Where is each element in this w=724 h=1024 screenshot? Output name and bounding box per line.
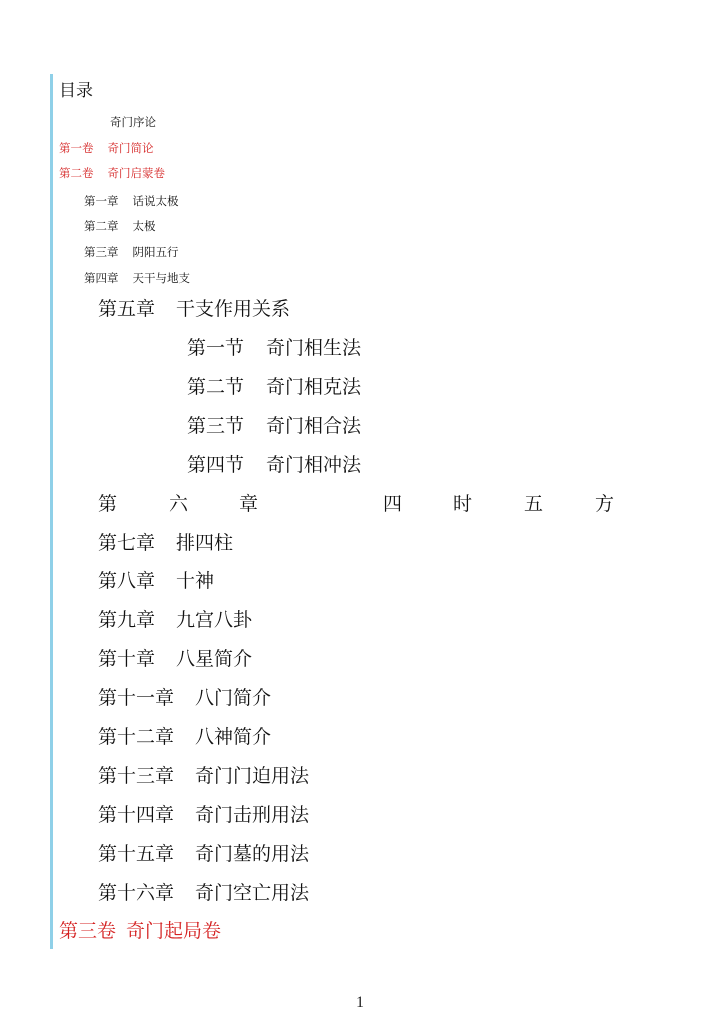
entry-label: 奇门相合法 <box>266 415 361 437</box>
entry-char: 章 <box>239 495 258 514</box>
entry-label: 话说太极 <box>133 194 179 208</box>
entry-label: 十神 <box>176 570 214 592</box>
entry-number: 第十一章 <box>98 687 174 709</box>
entry-number: 第二节 <box>187 376 244 398</box>
toc-entry-chapter-7[interactable]: 第七章排四柱 <box>98 534 233 553</box>
entry-number: 第十四章 <box>98 804 174 826</box>
entry-label: 奇门相冲法 <box>266 454 361 476</box>
toc-entry-chapter-3[interactable]: 第三章阴阳五行 <box>84 247 179 259</box>
entry-number: 第九章 <box>98 609 155 631</box>
entry-char: 四 <box>383 495 402 514</box>
entry-label: 排四柱 <box>176 532 233 554</box>
toc-entry-section-2[interactable]: 第二节奇门相克法 <box>187 378 361 397</box>
entry-number: 第三章 <box>84 245 119 259</box>
toc-entry-volume-3[interactable]: 第三卷奇门起局卷 <box>59 922 221 941</box>
entry-number: 第五章 <box>98 298 155 320</box>
page-number: 1 <box>356 994 364 1012</box>
entry-number: 第一节 <box>187 337 244 359</box>
entry-number: 第二卷 <box>59 166 94 180</box>
toc-entry-chapter-8[interactable]: 第八章十神 <box>98 572 214 591</box>
document-page: 目录 奇门序论 第一卷奇门简论 第二卷奇门启蒙卷 第一章话说太极 第二章太极 第… <box>0 0 724 1024</box>
entry-label: 奇门墓的用法 <box>195 843 309 865</box>
entry-label: 奇门起局卷 <box>126 920 221 942</box>
entry-char: 方 <box>595 495 614 514</box>
toc-entry-volume-1[interactable]: 第一卷奇门简论 <box>59 143 154 155</box>
entry-number: 第十章 <box>98 648 155 670</box>
toc-entry-preface[interactable]: 奇门序论 <box>110 117 156 129</box>
entry-number: 第一章 <box>84 194 119 208</box>
toc-entry-section-3[interactable]: 第三节奇门相合法 <box>187 417 361 436</box>
entry-label: 九宫八卦 <box>176 609 252 631</box>
toc-entry-chapter-11[interactable]: 第十一章八门简介 <box>98 689 271 708</box>
toc-entry-chapter-5[interactable]: 第五章干支作用关系 <box>98 300 290 319</box>
entry-label: 奇门相生法 <box>266 337 361 359</box>
toc-entry-chapter-13[interactable]: 第十三章奇门门迫用法 <box>98 767 309 786</box>
toc-entry-chapter-14[interactable]: 第十四章奇门击刑用法 <box>98 806 309 825</box>
toc-entry-chapter-12[interactable]: 第十二章八神简介 <box>98 728 271 747</box>
entry-label: 阴阳五行 <box>133 245 179 259</box>
entry-char: 五 <box>524 495 543 514</box>
toc-entry-chapter-1[interactable]: 第一章话说太极 <box>84 196 179 208</box>
entry-label: 奇门击刑用法 <box>195 804 309 826</box>
entry-label: 奇门门迫用法 <box>195 765 309 787</box>
toc-title: 目录 <box>59 83 93 100</box>
entry-label: 八星简介 <box>176 648 252 670</box>
entry-number: 第四节 <box>187 454 244 476</box>
toc-entry-chapter-15[interactable]: 第十五章奇门墓的用法 <box>98 845 309 864</box>
entry-label: 奇门启蒙卷 <box>108 166 166 180</box>
entry-number: 第七章 <box>98 532 155 554</box>
toc-entry-chapter-2[interactable]: 第二章太极 <box>84 221 156 233</box>
entry-number: 第八章 <box>98 570 155 592</box>
entry-label: 太极 <box>133 219 156 233</box>
entry-number: 第四章 <box>84 271 119 285</box>
toc-entry-section-1[interactable]: 第一节奇门相生法 <box>187 339 361 358</box>
entry-char: 时 <box>453 495 472 514</box>
entry-number: 第十三章 <box>98 765 174 787</box>
toc-entry-chapter-10[interactable]: 第十章八星简介 <box>98 650 252 669</box>
toc-accent-bar <box>50 74 53 949</box>
entry-label: 奇门空亡用法 <box>195 882 309 904</box>
entry-number: 第二章 <box>84 219 119 233</box>
entry-number: 第三节 <box>187 415 244 437</box>
entry-label: 干支作用关系 <box>176 298 290 320</box>
entry-number: 第十六章 <box>98 882 174 904</box>
entry-char: 六 <box>169 495 188 514</box>
toc-entry-volume-2[interactable]: 第二卷奇门启蒙卷 <box>59 168 165 180</box>
entry-char: 第 <box>98 495 117 514</box>
entry-label: 奇门相克法 <box>266 376 361 398</box>
entry-label: 八门简介 <box>195 687 271 709</box>
entry-label: 八神简介 <box>195 726 271 748</box>
entry-label: 奇门序论 <box>110 115 156 129</box>
entry-label: 天干与地支 <box>133 271 191 285</box>
toc-entry-chapter-16[interactable]: 第十六章奇门空亡用法 <box>98 884 309 903</box>
toc-entry-section-4[interactable]: 第四节奇门相冲法 <box>187 456 361 475</box>
entry-label: 奇门简论 <box>108 141 154 155</box>
entry-number: 第十五章 <box>98 843 174 865</box>
entry-number: 第三卷 <box>59 920 116 942</box>
entry-number: 第十二章 <box>98 726 174 748</box>
toc-entry-chapter-9[interactable]: 第九章九宫八卦 <box>98 611 252 630</box>
toc-entry-chapter-4[interactable]: 第四章天干与地支 <box>84 273 190 285</box>
entry-number: 第一卷 <box>59 141 94 155</box>
